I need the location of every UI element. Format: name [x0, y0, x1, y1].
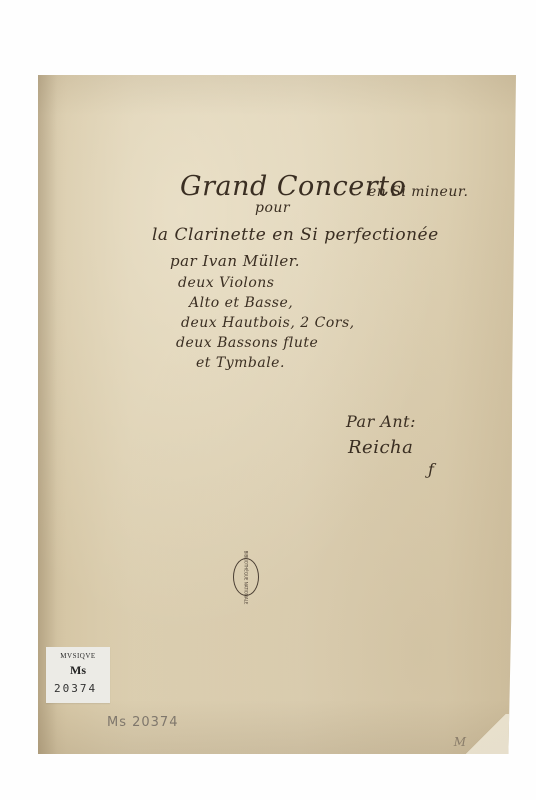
stamp-text: BIBLIOTHÈQUE NATIONALE — [244, 550, 249, 604]
manuscript-page: Grand Concerto en Si mineur. pour la Cla… — [38, 75, 516, 754]
solo-instrument: la Clarinette en Si perfectionée — [152, 225, 439, 245]
label-number: 20374 — [54, 682, 97, 695]
orchestration-line: deux Bassons flute — [176, 335, 318, 351]
orchestration-line: deux Violons — [178, 275, 275, 291]
scan-canvas: Grand Concerto en Si mineur. pour la Cla… — [0, 0, 536, 800]
corner-annotation: M — [454, 735, 466, 749]
composer-signature: Reicha — [348, 437, 413, 458]
signature-flourish: ƒ — [428, 460, 434, 479]
label-prefix: Ms — [46, 663, 110, 678]
orchestration-line: deux Hautbois, 2 Cors, — [181, 315, 355, 331]
attribution-par: Par Ant: — [346, 412, 416, 431]
title-key: en Si mineur. — [368, 184, 468, 200]
orchestration-line: Alto et Basse, — [189, 295, 293, 311]
pencil-shelfmark: Ms 20374 — [107, 715, 178, 730]
orchestration-line: et Tymbale. — [196, 355, 285, 371]
instrument-maker: par Ivan Müller. — [170, 252, 300, 270]
title-pour: pour — [255, 200, 290, 216]
label-collection: MVSIQVE — [46, 652, 110, 660]
library-stamp-icon: BIBLIOTHÈQUE NATIONALE — [233, 558, 259, 596]
shelf-label: MVSIQVE Ms 20374 — [46, 647, 110, 703]
